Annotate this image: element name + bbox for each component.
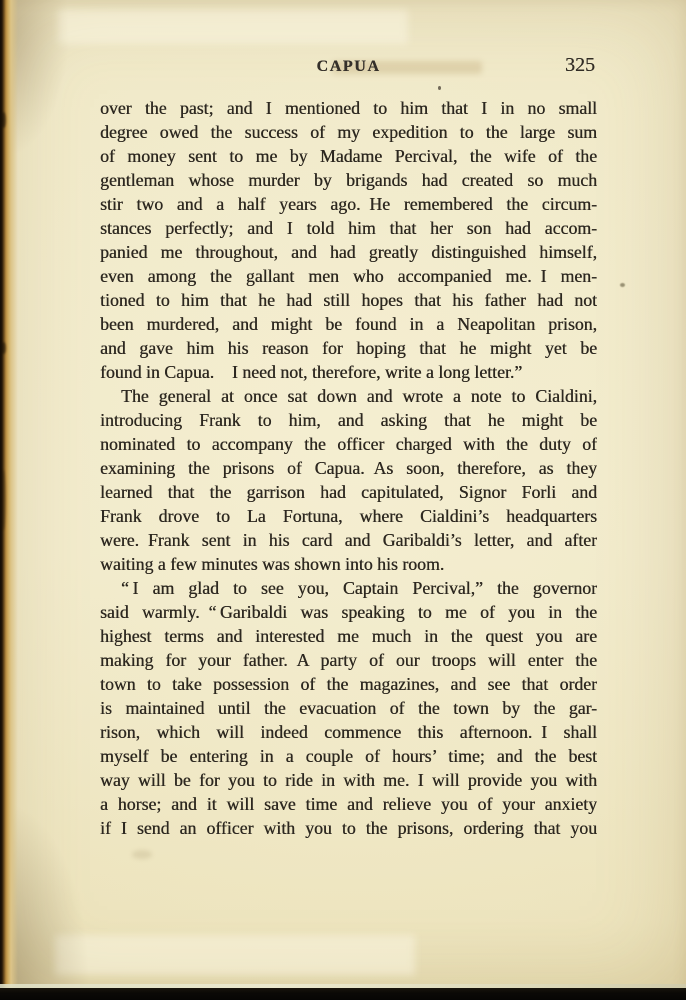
spine-nick [1, 470, 6, 530]
page-header: CAPUA 325 [100, 54, 597, 82]
paper-smudge [132, 850, 152, 859]
running-title: CAPUA [100, 58, 597, 76]
text-line: nominated to accompany the officer charg… [100, 432, 597, 456]
text-line: tioned to him that he had still hopes th… [100, 288, 597, 312]
page-text: over the past; and I mentioned to him th… [100, 96, 597, 840]
text-line: degree owed the success of my expedition… [100, 120, 597, 144]
text-line: if I send an officer with you to the pri… [100, 816, 597, 840]
text-line: highest terms and interested me much in … [100, 624, 597, 648]
text-line: The general at once sat down and wrote a… [100, 384, 597, 408]
text-line: town to take possession of the magazines… [100, 672, 597, 696]
text-line: learned that the garrison had capitulate… [100, 480, 597, 504]
spine-nick [1, 112, 6, 128]
text-line: stir two and a half years ago. He rememb… [100, 192, 597, 216]
text-line: over the past; and I mentioned to him th… [100, 96, 597, 120]
text-line: myself be entering in a couple of hours’… [100, 744, 597, 768]
text-line: way will be for you to ride in with me. … [100, 768, 597, 792]
text-line: examining the prisons of Capua. As soon,… [100, 456, 597, 480]
showthrough-band-bottom [55, 935, 415, 975]
text-line: stances perfectly; and I told him that h… [100, 216, 597, 240]
text-line: panied me throughout, and had greatly di… [100, 240, 597, 264]
page-bottom-edge [0, 988, 686, 1000]
text-line: is maintained until the evacuation of th… [100, 696, 597, 720]
text-line: making for your father. A party of our t… [100, 648, 597, 672]
text-line: found in Capua. I need not, therefore, w… [100, 360, 597, 384]
book-page: CAPUA 325 over the past; and I mentioned… [0, 0, 686, 1000]
text-line: introducing Frank to him, and asking tha… [100, 408, 597, 432]
text-line: and gave him his reason for hoping that … [100, 336, 597, 360]
ink-speck [620, 283, 625, 287]
spine-nick [1, 342, 6, 354]
text-line: been murdered, and might be found in a N… [100, 312, 597, 336]
text-line: of money sent to me by Madame Percival, … [100, 144, 597, 168]
text-line: said warmly. “ Garibaldi was speaking to… [100, 600, 597, 624]
ink-speck [438, 86, 441, 90]
text-line: were. Frank sent in his card and Garibal… [100, 528, 597, 552]
page-number: 325 [565, 54, 595, 77]
text-line: “ I am glad to see you, Captain Percival… [100, 576, 597, 600]
text-line: rison, which will indeed commence this a… [100, 720, 597, 744]
showthrough-band-top [58, 10, 408, 44]
text-line: Frank drove to La Fortuna, where Cialdin… [100, 504, 597, 528]
text-line: even among the gallant men who accompani… [100, 264, 597, 288]
page-left-edge [0, 0, 18, 1000]
text-line: waiting a few minutes was shown into his… [100, 552, 597, 576]
text-line: a horse; and it will save time and relie… [100, 792, 597, 816]
text-line: gentleman whose murder by brigands had c… [100, 168, 597, 192]
